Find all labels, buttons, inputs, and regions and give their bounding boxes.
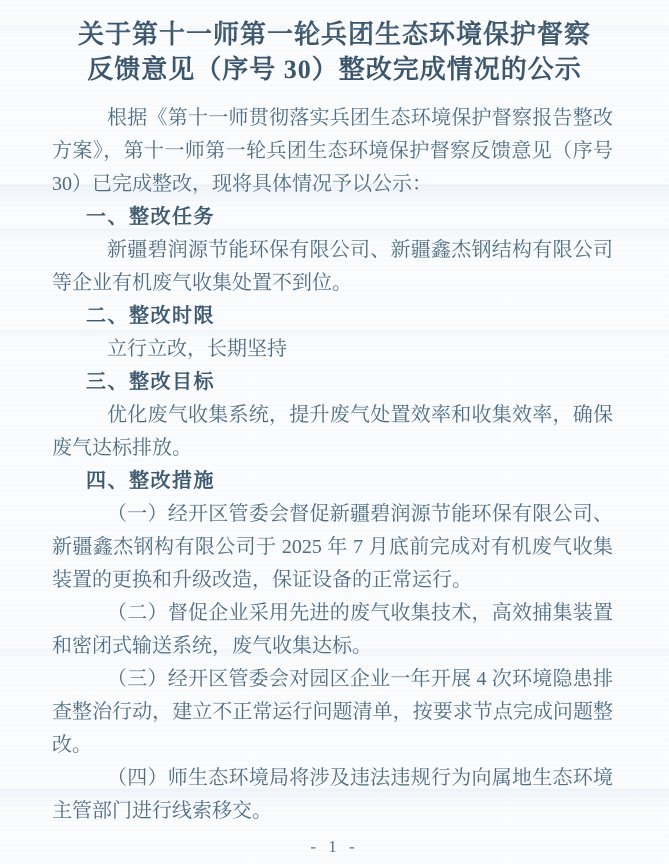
document-title-line-2: 反馈意见（序号 30）整改完成情况的公示 — [0, 52, 669, 87]
document-title-line-1: 关于第十一师第一轮兵团生态环境保护督察 — [0, 17, 669, 52]
task-paragraph: 新疆碧润源节能环保有限公司、新疆鑫杰钢结构有限公司等企业有机废气收集处置不到位。 — [52, 234, 613, 300]
section-heading-measures: 四、整改措施 — [52, 465, 613, 498]
goal-paragraph: 优化废气收集系统，提升废气处置效率和收集效率，确保废气达标排放。 — [52, 399, 613, 465]
measure-paragraph-3: （三）经开区管委会对园区企业一年开展 4 次环境隐患排查整治行动，建立不正常运行… — [52, 663, 613, 762]
section-heading-task: 一、整改任务 — [52, 201, 613, 234]
document-title: 关于第十一师第一轮兵团生态环境保护督察 反馈意见（序号 30）整改完成情况的公示 — [0, 0, 669, 87]
scanned-document-page: 关于第十一师第一轮兵团生态环境保护督察 反馈意见（序号 30）整改完成情况的公示… — [0, 0, 669, 864]
measure-paragraph-2: （二）督促企业采用先进的废气收集技术，高效捕集装置和密闭式输送系统，废气收集达标… — [52, 597, 613, 663]
intro-paragraph: 根据《第十一师贯彻落实兵团生态环境保护督察报告整改方案》，第十一师第一轮兵团生态… — [52, 102, 613, 201]
section-heading-goal: 三、整改目标 — [52, 366, 613, 399]
section-heading-deadline: 二、整改时限 — [52, 300, 613, 333]
deadline-paragraph: 立行立改，长期坚持 — [52, 333, 613, 366]
measure-paragraph-1: （一）经开区管委会督促新疆碧润源节能环保有限公司、新疆鑫杰钢构有限公司于 202… — [52, 498, 613, 597]
page-number: - 1 - — [0, 837, 669, 857]
measure-paragraph-4: （四）师生态环境局将涉及违法违规行为向属地生态环境主管部门进行线索移交。 — [52, 762, 613, 828]
document-body: 根据《第十一师贯彻落实兵团生态环境保护督察报告整改方案》，第十一师第一轮兵团生态… — [52, 102, 613, 828]
